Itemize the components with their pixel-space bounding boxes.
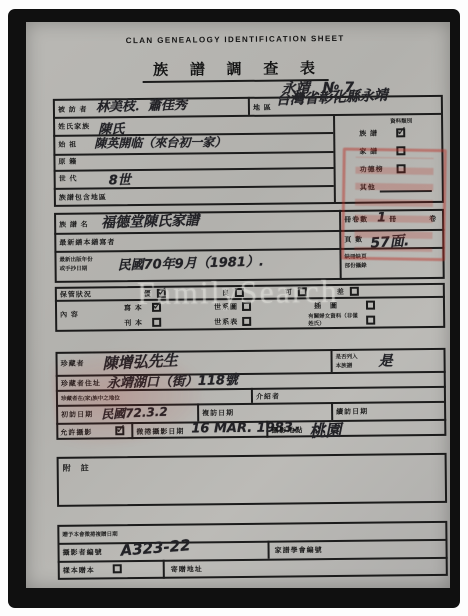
category-zupu-checkbox <box>396 128 405 137</box>
generations-value: 8世 <box>109 169 131 188</box>
volumes-value: 1 <box>377 210 386 225</box>
photographer-number-label: 攝影者編號 <box>63 547 103 557</box>
content-shixitu-label: 世系圖 <box>214 302 238 312</box>
pages-label: 頁 數 <box>344 235 363 245</box>
listed-value: 是 <box>378 350 392 370</box>
first-visit-label: 初訪日期 <box>61 410 93 420</box>
family-name-label: 姓氏家族 <box>58 122 90 132</box>
owner-address-value: 永靖湖口（街）118號 <box>107 369 239 392</box>
society-number-label: 家譜學會編號 <box>275 545 323 556</box>
volumes-unit-juan: 卷 <box>429 214 437 224</box>
form-sheet: CLAN GENEALOGY IDENTIFICATION SHEET 族 譜 … <box>23 20 453 590</box>
microfilm-donation-date-label: 贈予本會微捲複贈日期 <box>62 529 117 538</box>
condition-ke-checkbox <box>298 287 307 296</box>
category-jiapu-label: 家 譜 <box>359 147 378 157</box>
film-place-label: 攝影地點 <box>271 425 303 435</box>
sample-copy-checkbox <box>113 564 122 573</box>
coverage-area-label: 族譜包含地區 <box>59 192 107 203</box>
permit-photo-label: 允許攝影 <box>60 428 92 438</box>
content-kanben-checkbox <box>152 318 161 327</box>
missing-label-line2: 部份攝錄 <box>345 261 367 270</box>
category-gongdebang-checkbox <box>397 164 406 173</box>
condition-you-checkbox <box>157 289 166 298</box>
film-date-label: 微捲攝影日期 <box>136 427 184 438</box>
content-shixitu-checkbox <box>242 302 251 311</box>
pubdate-value: 民國70年9月（1981）. <box>117 250 264 273</box>
missing-label-line1: 缺冊缺頁 <box>344 252 366 261</box>
volumes-unit-ce: 冊 <box>389 214 397 224</box>
pubdate-label-line1: 最新出版年份 <box>59 255 92 264</box>
category-jiapu-checkbox <box>396 146 405 155</box>
condition-cha-label: 差 <box>337 287 345 297</box>
condition-you-label: 優 <box>144 289 152 299</box>
owner-address-label: 珍藏者住址 <box>61 378 101 388</box>
owner-position-label: 珍藏者在(家)族中之地位 <box>61 393 120 402</box>
category-zupu-label: 族 譜 <box>359 129 378 139</box>
content-label: 內 容 <box>60 310 79 320</box>
sample-copy-label: 樣本贈本 <box>63 566 95 576</box>
content-shixibiao-label: 世系表 <box>214 317 238 327</box>
content-xieben-checkbox <box>152 303 161 312</box>
content-women-label: 有關婦女資料（非僅姓氏） <box>308 313 362 328</box>
content-chatu-label: 插 圖 <box>314 301 338 311</box>
content-chatu-checkbox <box>366 301 375 310</box>
origin-label: 原 籍 <box>58 157 77 167</box>
film-place-value: 桃園 <box>309 417 342 441</box>
first-visit-value: 民國72.3.2 <box>101 403 168 423</box>
mailing-address-label: 寄贈地址 <box>171 564 203 574</box>
interviewee-value: 林美枝．蕭佳秀 <box>96 94 188 116</box>
first-ancestor-value: 陳英開临（來台初一家） <box>94 133 226 151</box>
volumes-label: 冊卷數 <box>344 215 368 225</box>
notes-box <box>57 453 448 507</box>
scanned-form-paper: CLAN GENEALOGY IDENTIFICATION SHEET 族 譜 … <box>26 22 450 588</box>
content-xieben-label: 寫 本 <box>124 303 143 313</box>
owner-label: 珍藏者 <box>61 359 85 369</box>
content-women-checkbox <box>366 316 375 325</box>
listed-label-line1: 是否列入 <box>335 352 357 361</box>
content-kanben-label: 刊 本 <box>124 318 143 328</box>
pubdate-label-line2: 或手抄日期 <box>60 264 88 273</box>
generations-label: 世 代 <box>59 174 78 184</box>
condition-liang-label: 良 <box>222 288 230 298</box>
region-label: 地 區 <box>253 103 272 113</box>
category-gongdebang-label: 功德榜 <box>360 164 384 174</box>
condition-ke-label: 可 <box>285 287 293 297</box>
category-other-blank-line <box>380 182 432 193</box>
condition-cha-checkbox <box>350 287 359 296</box>
form-title-chinese: 族 譜 調 查 表 <box>23 56 447 81</box>
revisit-label: 複訪日期 <box>202 408 234 418</box>
content-shixibiao-checkbox <box>242 317 251 326</box>
copyist-label: 最新繕本繕寫者 <box>59 237 115 248</box>
condition-liang-checkbox <box>235 288 244 297</box>
listed-label-line2: 本族譜 <box>336 361 353 369</box>
form-title-english: CLAN GENEALOGY IDENTIFICATION SHEET <box>23 33 447 46</box>
book-title-label: 族 譜 名 <box>59 220 89 230</box>
first-ancestor-label: 始 祖 <box>58 140 77 150</box>
next-visit-label: 續訪日期 <box>336 407 368 417</box>
interviewee-label: 被 訪 者 <box>58 105 88 115</box>
book-title-value: 福德堂陳氏家譜 <box>101 210 200 233</box>
pages-value: 57面. <box>370 230 410 252</box>
notes-label: 附 註 <box>63 463 93 474</box>
condition-label: 保管狀況 <box>60 290 92 300</box>
category-other-label: 其他 <box>360 183 376 193</box>
introducer-label: 介紹者 <box>256 392 280 402</box>
permit-photo-checkbox <box>115 426 124 435</box>
